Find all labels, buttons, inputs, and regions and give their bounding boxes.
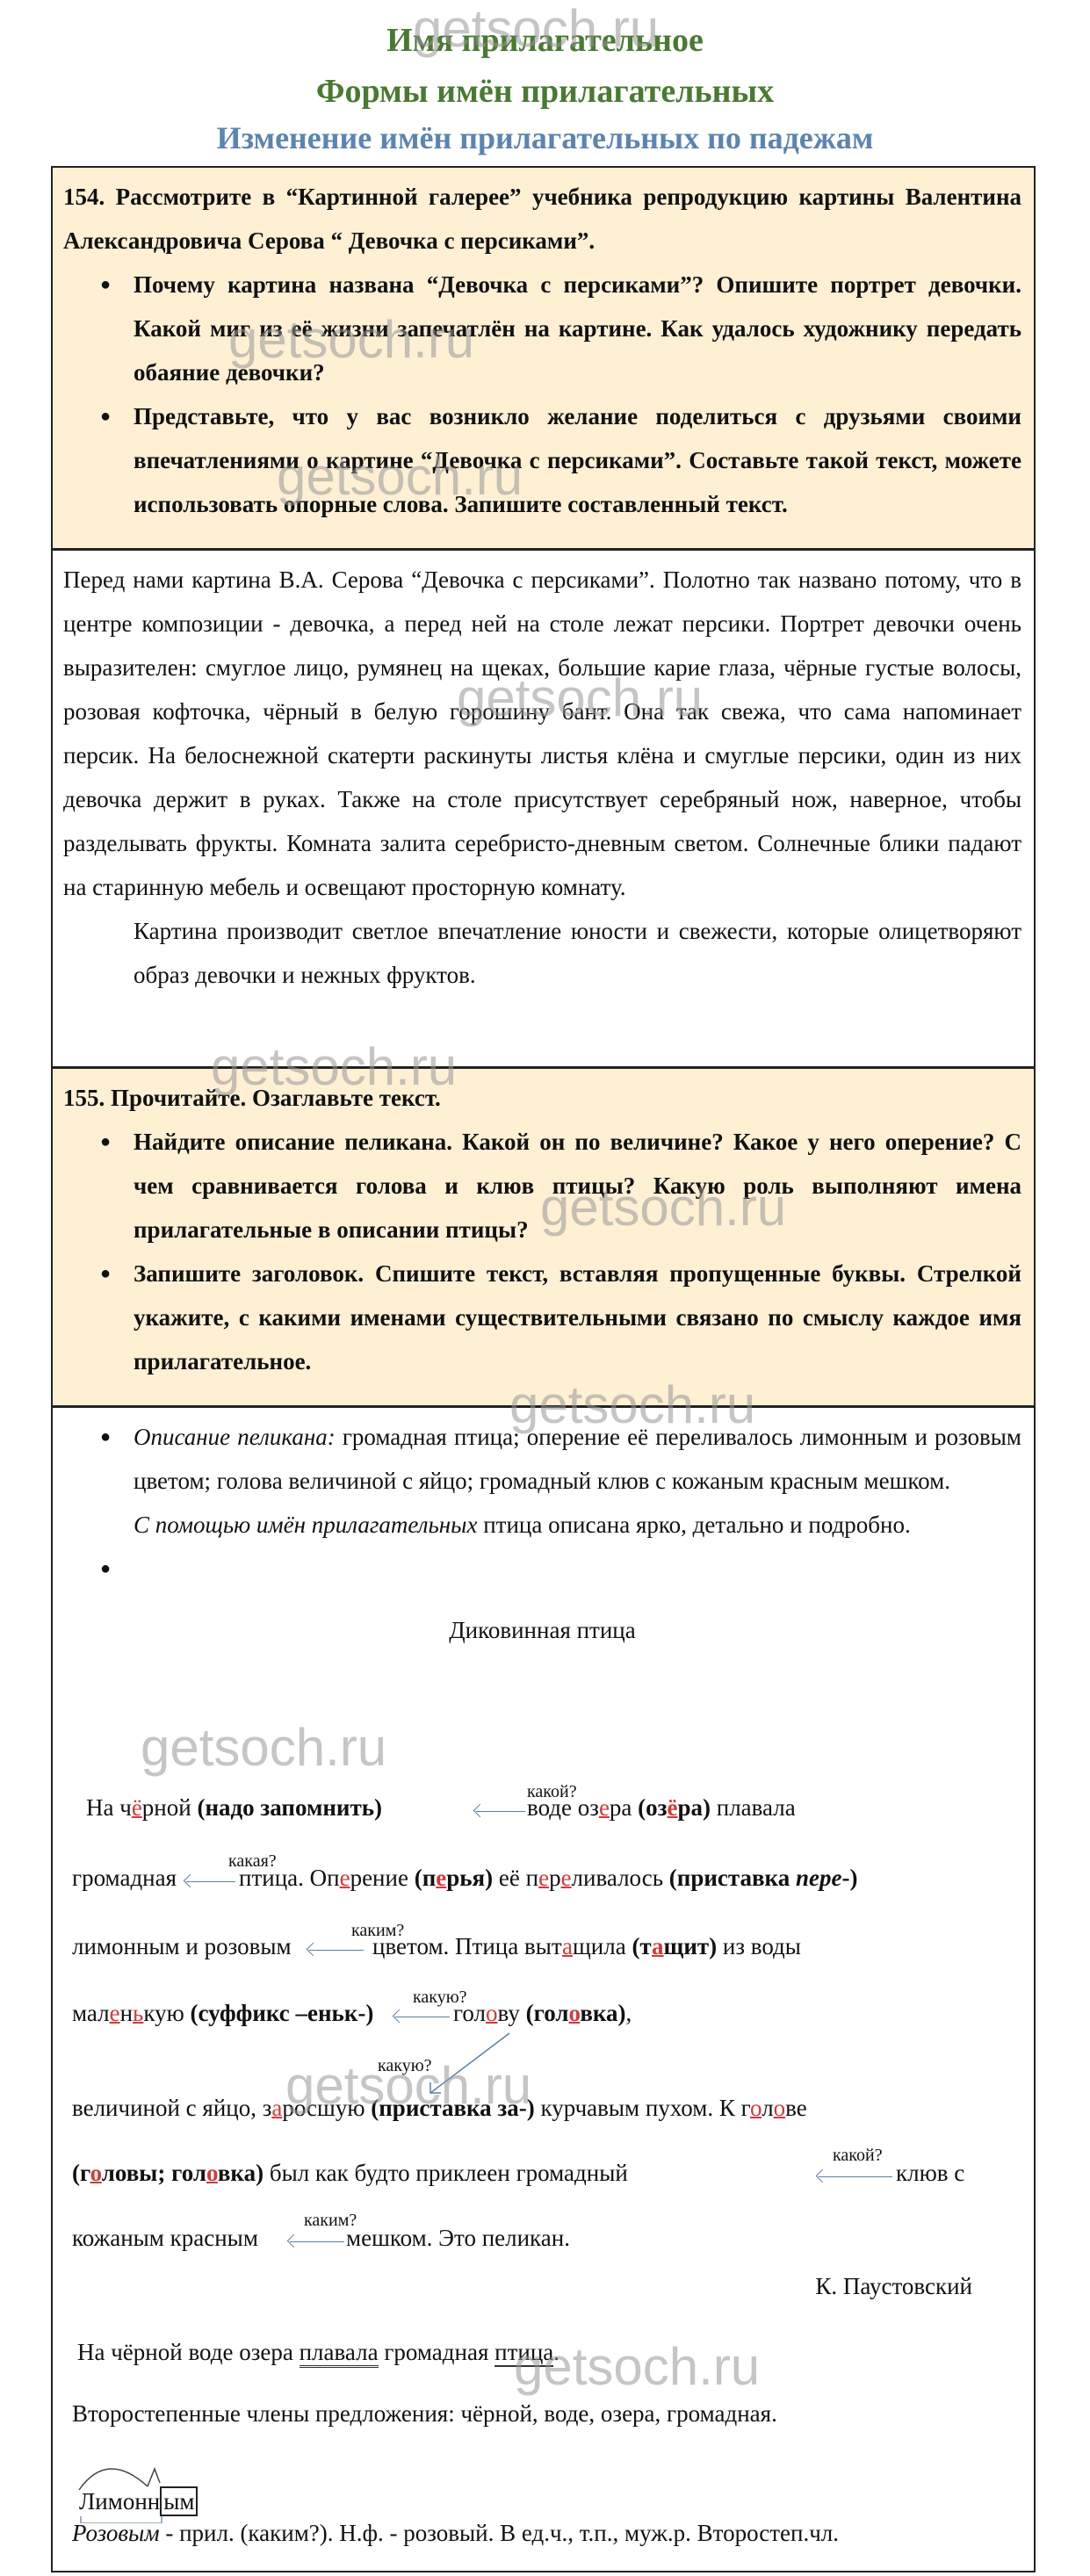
task-155-block: 155. Прочитайте. Озаглавьте текст. Найди… xyxy=(53,1066,1034,1405)
subject: птица xyxy=(494,2339,553,2367)
annotated-line: лимонным и розовым xyxy=(72,1933,292,1960)
empty-bullet xyxy=(63,1547,1021,1591)
answer-154-paragraph: Перед нами картина В.А. Серова “Девочка … xyxy=(63,558,1021,909)
annotated-line: На чёрной (надо запомнить) xyxy=(86,1794,382,1822)
task-155-bullet: Запишите заголовок. Спишите текст, встав… xyxy=(63,1252,1021,1383)
text-title: Диковинная птица xyxy=(63,1608,1021,1652)
annotated-line: голову (головка), xyxy=(453,2000,632,2027)
exercise-frame: 154. Рассмотрите в “Картинной галерее” у… xyxy=(51,166,1036,2572)
answer-154-block: Перед нами картина В.А. Серова “Девочка … xyxy=(53,548,1034,1066)
page-subtitle: Формы имён прилагательных xyxy=(0,72,1090,111)
page-title: Имя прилагательное xyxy=(0,21,1090,60)
adjective-role: С помощью имён прилагательных птица опис… xyxy=(63,1503,1021,1547)
annotated-line: клюв с xyxy=(896,2160,964,2187)
word-stem: Лимонн xyxy=(79,2488,160,2515)
role-text: птица описана ярко, детально и подробно. xyxy=(477,1512,910,1538)
annotated-line: воде озера (озёра) плавала xyxy=(527,1794,796,1822)
annotated-line: (головы; головка) был как будто приклеен… xyxy=(72,2160,628,2187)
task-154-intro: 154. Рассмотрите в “Картинной галерее” у… xyxy=(63,175,1021,263)
task-154-bullet: Почему картина названа “Девочка с персик… xyxy=(63,263,1021,394)
answer-155-block: Описание пеликана: громадная птица; опер… xyxy=(53,1405,1034,2572)
answer-154-paragraph: Картина производит светлое впечатление ю… xyxy=(63,909,1021,997)
word-ending: ым xyxy=(160,2486,198,2516)
annotated-line: птица. Оперение (перья) её переливалось … xyxy=(239,1865,857,1892)
annotated-line: громадная xyxy=(72,1865,177,1892)
task-155-intro: 155. Прочитайте. Озаглавьте текст. xyxy=(63,1076,1021,1120)
secondary-members: Второстепенные члены предложения: чёрной… xyxy=(72,2400,777,2428)
description-label: Описание пеликана: xyxy=(134,1424,336,1450)
annotated-line: величиной с яйцо, заросшую (приставка за… xyxy=(72,2095,807,2122)
arrow-icon xyxy=(290,2241,344,2242)
task-154-block: 154. Рассмотрите в “Картинной галерее” у… xyxy=(53,168,1034,548)
arrow-icon xyxy=(476,1811,525,1812)
annotated-line: маленькую (суффикс –еньк-) xyxy=(72,2000,373,2027)
pelican-description: Описание пеликана: громадная птица; опер… xyxy=(63,1415,1021,1503)
arrow-icon xyxy=(819,2176,892,2177)
question-label: какую? xyxy=(378,2056,432,2076)
sentence-analysis: На чёрной воде озера плавала громадная п… xyxy=(77,2339,559,2366)
annotated-line: мешком. Это пеликан. xyxy=(346,2225,570,2252)
morphological-parse: Розовым - прил. (каким?). Н.ф. - розовый… xyxy=(72,2520,839,2547)
topic-title: Изменение имён прилагательных по падежам xyxy=(0,119,1090,156)
predicate: плавала xyxy=(300,2339,379,2368)
annotated-line: цветом. Птица вытащила (тащит) из воды xyxy=(372,1933,801,1960)
arrow-icon xyxy=(309,1950,364,1951)
task-154-bullet: Представьте, что у вас возникло желание … xyxy=(63,394,1021,526)
annotated-line: кожаным красным xyxy=(72,2225,258,2252)
task-155-bullet: Найдите описание пеликана. Какой он по в… xyxy=(63,1120,1021,1252)
arrow-icon xyxy=(395,2017,450,2017)
author: К. Паустовский xyxy=(815,2273,972,2300)
arrow-icon xyxy=(186,1881,235,1882)
role-label: С помощью имён прилагательных xyxy=(134,1512,477,1538)
question-label: какой? xyxy=(833,2146,883,2166)
